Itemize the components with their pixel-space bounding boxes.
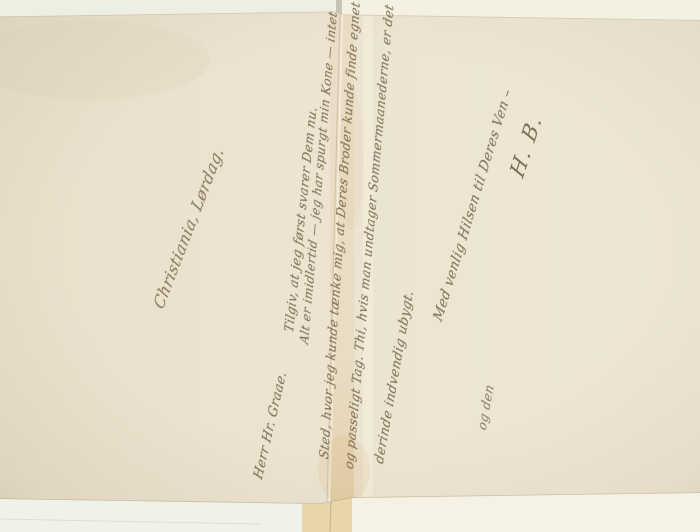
paper-stain-top bbox=[340, 90, 364, 230]
secondary-crease bbox=[363, 11, 373, 504]
paper-stain-bottom bbox=[318, 436, 370, 504]
letter-photo-background bbox=[0, 0, 700, 532]
letter-photograph: Christiania, Lørdag. Herr Hr. Graae. Til… bbox=[0, 0, 700, 532]
